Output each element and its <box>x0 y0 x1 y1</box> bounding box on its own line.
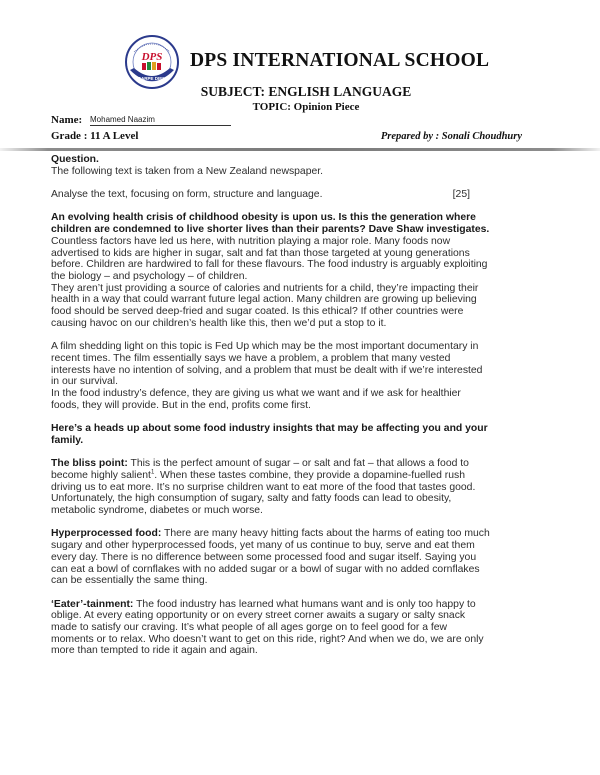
article-paragraph-2: They aren’t just providing a source of c… <box>51 283 491 330</box>
question-marks: [25] <box>453 189 470 201</box>
bliss-point-paragraph: The bliss point: This is the perfect amo… <box>51 458 491 517</box>
school-name: DPS INTERNATIONAL SCHOOL <box>190 50 489 72</box>
document-body: Question. The following text is taken fr… <box>51 154 491 657</box>
article-headline: An evolving health crisis of childhood o… <box>51 212 491 235</box>
name-label: Name: <box>51 114 82 126</box>
article-paragraph-1: Countless factors have led us here, with… <box>51 236 491 283</box>
question-task-row: Analyse the text, focusing on form, stru… <box>51 189 470 201</box>
grade-label: Grade : 11 A Level <box>51 130 138 142</box>
svg-text:DPS: DPS <box>141 51 163 63</box>
subject-text: SUBJECT: ENGLISH LANGUAGE <box>201 84 412 99</box>
school-crest-icon: SARPE DIEM DPS <box>124 34 180 90</box>
hyperprocessed-paragraph: Hyperprocessed food: There are many heav… <box>51 528 491 587</box>
name-field[interactable]: Mohamed Naazim <box>90 115 231 126</box>
name-row: Name: Mohamed Naazim <box>51 114 82 126</box>
article-paragraph-3: A film shedding light on this topic is F… <box>51 341 491 388</box>
question-intro: The following text is taken from a New Z… <box>51 166 491 178</box>
svg-text:SARPE DIEM: SARPE DIEM <box>138 76 166 81</box>
question-task: Analyse the text, focusing on form, stru… <box>51 189 322 201</box>
bliss-point-title: The bliss point: <box>51 458 128 469</box>
eatertainment-paragraph: ‘Eater’-tainment: The food industry has … <box>51 599 491 658</box>
article-paragraph-4: In the food industry’s defence, they are… <box>51 388 491 411</box>
prepared-by: Prepared by : Sonali Choudhury <box>381 131 522 142</box>
eatertainment-title: ‘Eater’-tainment: <box>51 599 133 610</box>
document-header: SARPE DIEM DPS DPS INTERNATIONAL SCHOOL … <box>0 0 600 150</box>
topic-title: TOPIC: Opinion Piece <box>0 101 600 113</box>
question-heading: Question. <box>51 154 491 166</box>
header-divider <box>0 148 600 151</box>
hyperprocessed-title: Hyperprocessed food: <box>51 528 161 539</box>
subject-title: SUBJECT: ENGLISH LANGUAGE <box>0 84 600 100</box>
article-subheading: Here’s a heads up about some food indust… <box>51 423 491 446</box>
topic-text: TOPIC: Opinion Piece <box>253 101 360 113</box>
